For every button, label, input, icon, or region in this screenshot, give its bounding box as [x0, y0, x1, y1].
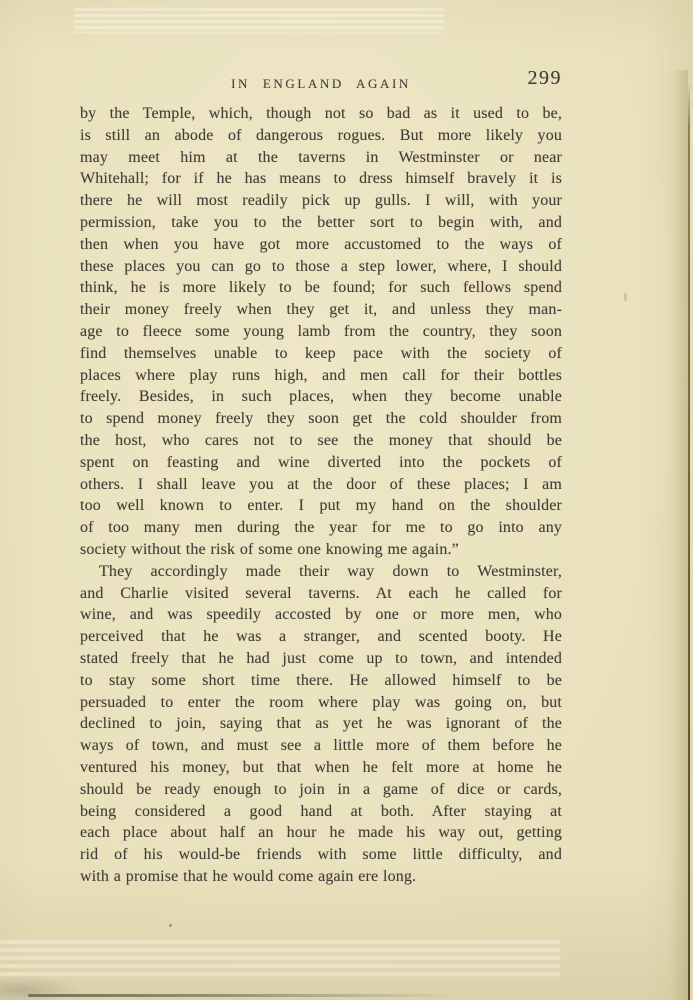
paper-speck — [169, 924, 172, 927]
text-line: with a promise that he would come again … — [80, 866, 562, 888]
text-line: rid of his would-be friends with some li… — [80, 844, 562, 866]
page-header: IN ENGLAND AGAIN 299 — [80, 70, 562, 96]
text-line: ventured his money, but that when he fel… — [80, 757, 562, 779]
text-line: others. I shall leave you at the door of… — [80, 474, 562, 496]
text-line: and Charlie visited several taverns. At … — [80, 583, 562, 605]
text-line: then when you have got more accustomed t… — [80, 234, 562, 256]
text-line: should be ready enough to join in a game… — [80, 779, 562, 801]
text-line: may meet him at the taverns in Westminst… — [80, 147, 562, 169]
text-line: to stay some short time there. He allowe… — [80, 670, 562, 692]
text-line: wine, and was speedily accosted by one o… — [80, 604, 562, 626]
text-line: age to fleece some young lamb from the c… — [80, 321, 562, 343]
text-line: is still an abode of dangerous rogues. B… — [80, 125, 562, 147]
body-text: by the Temple, which, though not so bad … — [80, 103, 562, 888]
text-line: ways of town, and must see a little more… — [80, 735, 562, 757]
text-line: of too many men during the year for me t… — [80, 517, 562, 539]
text-line: these places you can go to those a step … — [80, 256, 562, 278]
text-line: places where play runs high, and men cal… — [80, 365, 562, 387]
page-edge-bottom — [28, 994, 458, 997]
text-line: find themselves unable to keep pace with… — [80, 343, 562, 365]
paper-speck — [624, 293, 627, 301]
text-line: persuaded to enter the room where play w… — [80, 692, 562, 714]
paper-streak-bottom — [0, 936, 560, 980]
text-line: being considered a good hand at both. Af… — [80, 801, 562, 823]
text-line: too well known to enter. I put my hand o… — [80, 495, 562, 517]
text-line: spent on feasting and wine diverted into… — [80, 452, 562, 474]
text-line: to spend money freely they soon get the … — [80, 408, 562, 430]
text-line: permission, take you to the better sort … — [80, 212, 562, 234]
text-line: They accordingly made their way down to … — [80, 561, 562, 583]
paragraph: They accordingly made their way down to … — [80, 561, 562, 888]
book-page: IN ENGLAND AGAIN 299 by the Temple, whic… — [0, 0, 693, 1000]
page-edge-right-shade — [670, 70, 688, 1000]
text-line: each place about half an hour he made hi… — [80, 822, 562, 844]
paper-streak-top — [74, 5, 444, 33]
text-line: declined to join, saying that as yet he … — [80, 713, 562, 735]
text-line: Whitehall; for if he has means to dress … — [80, 168, 562, 190]
paragraph: by the Temple, which, though not so bad … — [80, 103, 562, 561]
text-line: freely. Besides, in such places, when th… — [80, 386, 562, 408]
text-line: their money freely when they get it, and… — [80, 299, 562, 321]
page-number: 299 — [528, 67, 563, 90]
paper-smudge — [0, 976, 80, 1000]
text-line: the host, who cares not to see the money… — [80, 430, 562, 452]
text-line: stated freely that he had just come up t… — [80, 648, 562, 670]
running-head: IN ENGLAND AGAIN — [80, 76, 562, 92]
text-line: think, he is more likely to be found; fo… — [80, 277, 562, 299]
text-line: society without the risk of some one kno… — [80, 539, 562, 561]
text-line: there he will most readily pick up gulls… — [80, 190, 562, 212]
text-line: by the Temple, which, though not so bad … — [80, 103, 562, 125]
text-line: perceived that he was a stranger, and sc… — [80, 626, 562, 648]
